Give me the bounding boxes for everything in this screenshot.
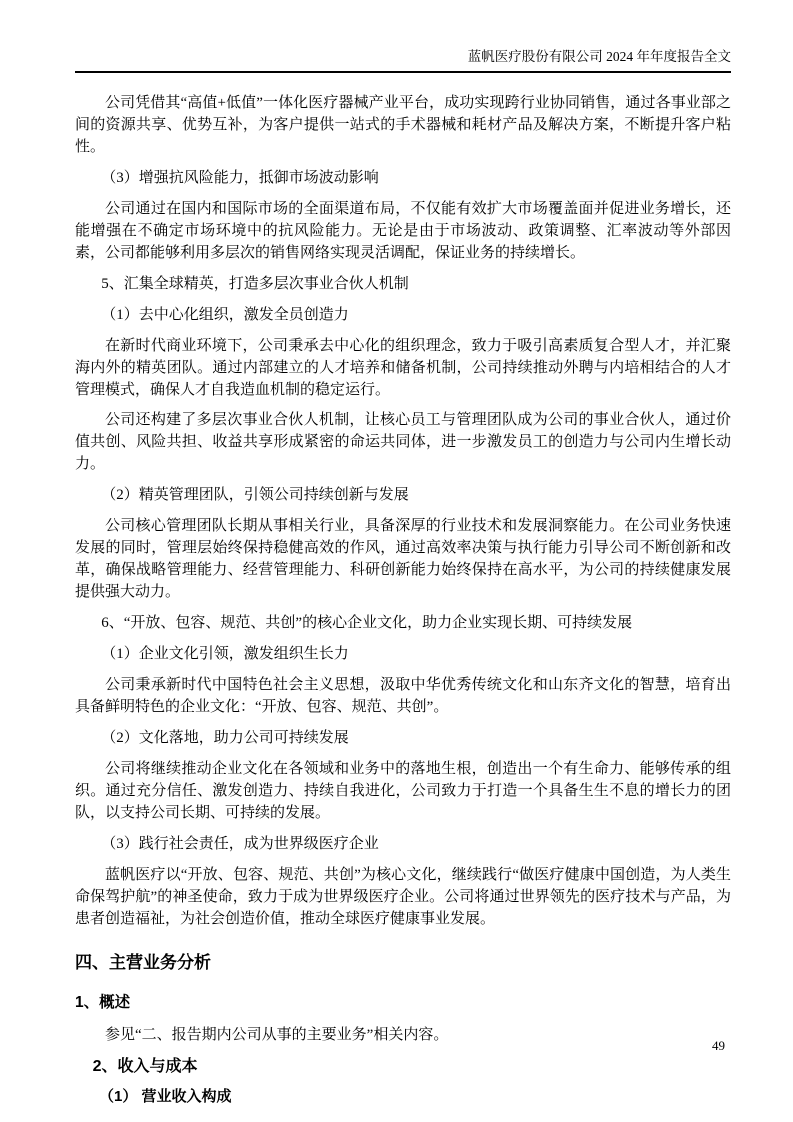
paragraph: 公司还构建了多层次事业合伙人机制，让核心员工与管理团队成为公司的事业合伙人，通过… [75, 409, 731, 475]
sub-heading: （2）文化落地，助力公司可持续发展 [75, 727, 731, 749]
document-body: 公司凭借其“高值+低值”一体化医疗器械产业平台，成功实现跨行业协同销售，通过各事… [75, 84, 731, 1116]
paragraph: 公司秉承新时代中国特色社会主义思想，汲取中华优秀传统文化和山东齐文化的智慧，培育… [75, 674, 731, 718]
report-page: 蓝帆医疗股份有限公司 2024 年年度报告全文 公司凭借其“高值+低值”一体化医… [0, 0, 793, 1122]
paragraph: 参见“二、报告期内公司从事的主要业务”相关内容。 [75, 1024, 731, 1046]
sub-heading: （1）去中心化组织，激发全员创造力 [75, 304, 731, 326]
paragraph: 公司核心管理团队长期从事相关行业，具备深厚的行业技术和发展洞察能力。在公司业务快… [75, 515, 731, 603]
paragraph: 在新时代商业环境下，公司秉承去中心化的组织理念，致力于吸引高素质复合型人才，并汇… [75, 335, 731, 401]
paragraph: 公司将继续推动企业文化在各领域和业务中的落地生根，创造出一个有生命力、能够传承的… [75, 758, 731, 824]
paragraph: 蓝帆医疗以“开放、包容、规范、共创”为核心文化，继续践行“做医疗健康中国创造，为… [75, 864, 731, 930]
section-heading-revenue-composition: （1） 营业收入构成 [75, 1086, 731, 1108]
sub-heading: （2）精英管理团队，引领公司持续创新与发展 [75, 484, 731, 506]
paragraph: 公司通过在国内和国际市场的全面渠道布局，不仅能有效扩大市场覆盖面并促进业务增长，… [75, 198, 731, 264]
sub-heading: 5、汇集全球精英，打造多层次事业合伙人机制 [75, 273, 731, 295]
page-header: 蓝帆医疗股份有限公司 2024 年年度报告全文 [75, 48, 731, 73]
sub-heading: （1）企业文化引领，激发组织生长力 [75, 643, 731, 665]
section-heading-main-business-analysis: 四、主营业务分析 [75, 952, 731, 974]
report-title: 蓝帆医疗股份有限公司 2024 年年度报告全文 [468, 49, 731, 64]
section-heading-overview: 1、概述 [75, 992, 731, 1014]
sub-heading: （3）增强抗风险能力，抵御市场波动影响 [75, 167, 731, 189]
sub-heading: 6、“开放、包容、规范、共创”的核心企业文化，助力企业实现长期、可持续发展 [75, 612, 731, 634]
paragraph: 公司凭借其“高值+低值”一体化医疗器械产业平台，成功实现跨行业协同销售，通过各事… [75, 92, 731, 158]
section-heading-revenue-and-cost: 2、收入与成本 [75, 1056, 731, 1078]
sub-heading: （3）践行社会责任，成为世界级医疗企业 [75, 833, 731, 855]
page-number: 49 [712, 1038, 725, 1054]
